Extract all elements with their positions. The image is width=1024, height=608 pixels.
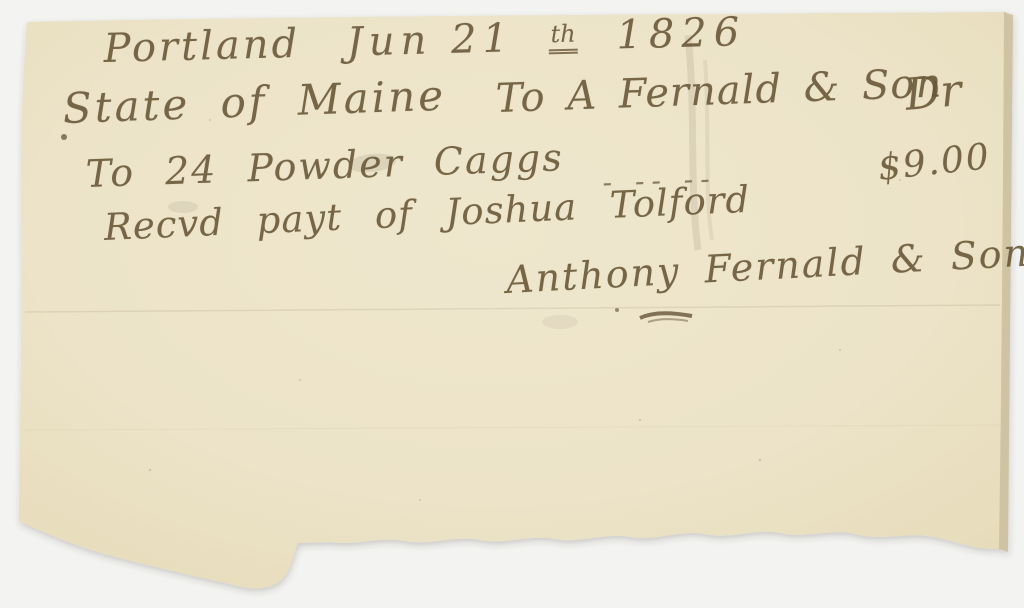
debit-abbreviation: Dr: [903, 65, 964, 121]
dateline-year: 1826: [616, 9, 747, 58]
receipt-scan: Portland Jun 21 th 1826 State of Maine T…: [0, 0, 1024, 608]
dateline-month-day: Jun 21: [346, 15, 514, 65]
dateline-ordinal: th: [548, 20, 578, 55]
dateline-place: Portland: [103, 21, 301, 72]
